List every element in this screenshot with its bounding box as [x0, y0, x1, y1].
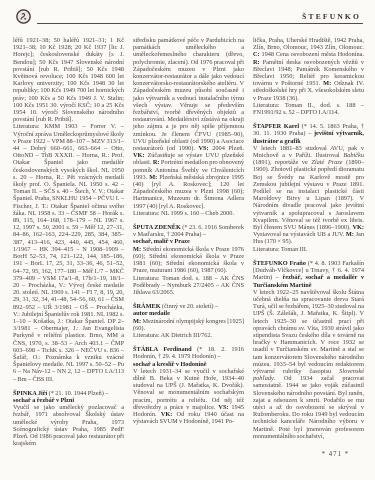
column-2: středisku památkové péče v Pardubicích n…	[133, 37, 244, 447]
stabla-continuation: lička, Praha, Uherské Hradiště, 1942 Pra…	[253, 37, 364, 116]
spaniel-literatura: Literatura: KMM 1903 – Forrer V. – Výroč…	[13, 123, 124, 382]
page-header: ŠTEFUNKO	[13, 9, 364, 31]
coin-emblem-icon	[16, 9, 31, 29]
entry-sramek: ŠRÁMEK (činný ve 20. století) –autor med…	[133, 303, 244, 339]
spinka-continuation: středisku památkové péče v Pardubicích n…	[133, 37, 244, 217]
page-number: * 471 *	[322, 451, 349, 458]
column-3: lička, Praha, Uherské Hradiště, 1942 Pra…	[253, 37, 364, 447]
running-head: ŠTEFUNKO	[302, 12, 361, 21]
entry-stapfer: ŠTAPFER Karel (* 14. 5. 1863 Praha, † 30…	[253, 123, 364, 253]
column-1: léřů 1921–38; 50 haléřů 1921–31; 1 Kč 19…	[13, 37, 124, 447]
book-page: ŠTEFUNKO léřů 1921–38; 50 haléřů 1921–31…	[0, 0, 375, 480]
entry-spinka: ŠPINKA Jiří (* 21. 10. 1944 Plzeň) –soch…	[13, 390, 124, 448]
header-rule	[37, 23, 363, 24]
entry-stefunko: ŠTEFUNKO Fraňo (* 4. 8. 1903 Farkašín [D…	[253, 260, 364, 440]
spaniel-entry-continuation: léřů 1921–38; 50 haléřů 1921–31; 1 Kč 19…	[13, 37, 124, 123]
entry-stabla: ŠTÁBLA Ferdinand (* 18. 2. 1916 Hodonín,…	[133, 346, 244, 425]
entry-sputa: ŠPUTA ZDENĚK (* 23. 6. 1916 Somberek v M…	[133, 224, 244, 296]
text-columns: léřů 1921–38; 50 haléřů 1921–31; 1 Kč 19…	[13, 37, 364, 447]
